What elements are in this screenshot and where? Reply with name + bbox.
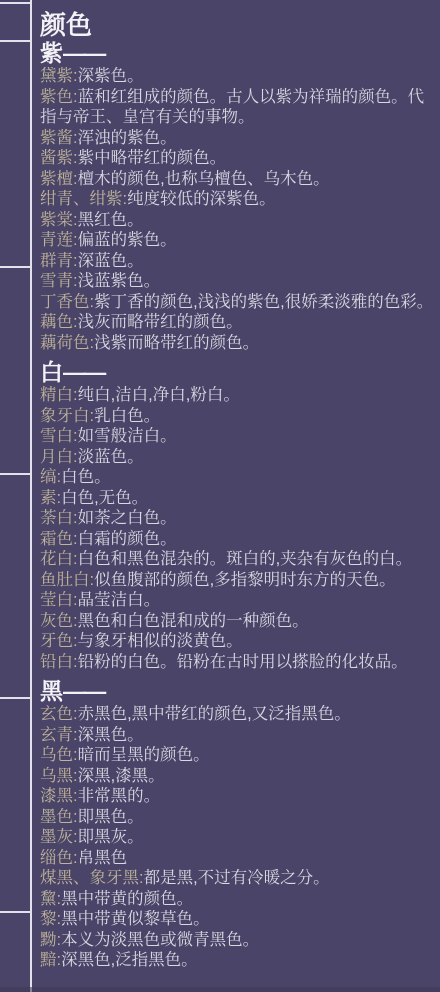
color-definition: 深黑,漆黑。	[78, 767, 165, 785]
color-definition: 黑色和白色混和成的一种颜色。	[78, 612, 309, 630]
color-entry: 鱼肚白:似鱼腹部的颜色,多指黎明时东方的天色。	[40, 570, 438, 591]
color-term: 霜色:	[40, 530, 78, 548]
color-entry: 酱紫:紫中略带红的颜色。	[40, 148, 438, 169]
color-term: 藕荷色:	[40, 334, 94, 352]
color-term: 乌色:	[40, 746, 78, 764]
color-entry: 月白:淡蓝色。	[40, 447, 438, 468]
color-term: 花白:	[40, 550, 78, 568]
color-term: 鱼肚白:	[40, 571, 94, 589]
color-entry: 紫棠:黑红色。	[40, 210, 438, 231]
color-entry: 藕色:浅灰而略带红的颜色。	[40, 312, 438, 333]
color-entry: 漆黑:非常黑的。	[40, 786, 438, 807]
color-term: 黎:	[40, 910, 61, 928]
color-entry: 花白:白色和黑色混杂的。斑白的,夹杂有灰色的白。	[40, 549, 438, 570]
color-entry: 牙色:与象牙相似的淡黄色。	[40, 631, 438, 652]
color-entry: 紫檀:檀木的颜色,也称乌檀色、乌木色。	[40, 169, 438, 190]
color-term: 紫檀:	[40, 170, 78, 188]
color-entry: 象牙白:乳白色。	[40, 406, 438, 427]
color-definition: 即黑灰。	[78, 828, 144, 846]
color-section: 白—— 精白:纯白,洁白,净白,粉白。 象牙白:乳白色。 雪白:如雪般洁白。 月…	[40, 359, 438, 672]
color-entry: 墨色:即黑色。	[40, 807, 438, 828]
color-term: 绀青、绀紫:	[40, 190, 127, 208]
color-entry: 霜色:白霜的颜色。	[40, 529, 438, 550]
color-definition: 纯度较低的深紫色。	[127, 190, 276, 208]
color-definition: 白霜的颜色。	[78, 530, 177, 548]
color-definition: 檀木的颜色,也称乌檀色、乌木色。	[78, 170, 330, 188]
color-entry: 黛紫:深紫色。	[40, 66, 438, 87]
color-definition: 晶莹洁白。	[78, 591, 161, 609]
color-term: 象牙白:	[40, 407, 94, 425]
color-term: 黝:	[40, 931, 61, 949]
color-definition: 偏蓝的紫色。	[78, 231, 177, 249]
color-glossary-page: 颜色 紫—— 黛紫:深紫色。 紫色:蓝和红组成的颜色。古人以紫为祥瑞的颜色。代指…	[0, 0, 440, 992]
page-title: 颜色	[40, 10, 438, 40]
color-definition: 暗而呈黑的颜色。	[78, 746, 210, 764]
color-entry: 莹白:晶莹洁白。	[40, 590, 438, 611]
color-entry: 黯:深黑色,泛指黑色。	[40, 950, 438, 971]
color-term: 缁色:	[40, 849, 78, 867]
sections-container: 紫—— 黛紫:深紫色。 紫色:蓝和红组成的颜色。古人以紫为祥瑞的颜色。代指与帝王…	[40, 40, 438, 971]
color-entry: 缁色:帛黑色	[40, 848, 438, 869]
color-entry: 黝:本义为淡黑色或微青黑色。	[40, 930, 438, 951]
color-entry: 黧:黑中带黄的颜色。	[40, 889, 438, 910]
color-entry: 乌色:暗而呈黑的颜色。	[40, 745, 438, 766]
color-section: 黑—— 玄色:赤黑色,黑中带红的颜色,又泛指黑色。 玄青:深黑色。 乌色:暗而呈…	[40, 678, 438, 971]
color-definition: 非常黑的。	[78, 787, 161, 805]
color-entry: 绀青、绀紫:纯度较低的深紫色。	[40, 189, 438, 210]
color-entry: 黎:黑中带黄似黎草色。	[40, 909, 438, 930]
color-entry: 精白:纯白,洁白,净白,粉白。	[40, 385, 438, 406]
color-term: 黛紫:	[40, 67, 78, 85]
color-definition: 深黑色。	[78, 726, 144, 744]
color-term: 雪白:	[40, 427, 78, 445]
color-definition: 蓝和红组成的颜色。古人以紫为祥瑞的颜色。代指与帝王、皇宫有关的事物。	[40, 88, 424, 127]
section-entries: 黛紫:深紫色。 紫色:蓝和红组成的颜色。古人以紫为祥瑞的颜色。代指与帝王、皇宫有…	[40, 66, 438, 353]
section-name: 黑	[40, 678, 63, 704]
color-term: 漆黑:	[40, 787, 78, 805]
color-definition: 深黑色,泛指黑色。	[61, 951, 198, 969]
color-entry: 玄色:赤黑色,黑中带红的颜色,又泛指黑色。	[40, 704, 438, 725]
color-term: 煤黑、象牙黑:	[40, 869, 144, 887]
color-definition: 与象牙相似的淡黄色。	[78, 632, 243, 650]
color-term: 紫色:	[40, 88, 78, 106]
color-term: 紫酱:	[40, 129, 78, 147]
color-entry: 群青:深蓝色。	[40, 251, 438, 272]
section-heading: 紫——	[40, 40, 438, 66]
color-definition: 深蓝色。	[78, 252, 144, 270]
color-definition: 即黑色。	[78, 808, 144, 826]
color-term: 酱紫:	[40, 149, 78, 167]
color-term: 牙色:	[40, 632, 78, 650]
color-term: 墨灰:	[40, 828, 78, 846]
color-definition: 黑中带黄的颜色。	[61, 890, 193, 908]
color-term: 玄青:	[40, 726, 78, 744]
section-name: 紫	[40, 40, 63, 66]
color-definition: 紫中略带红的颜色。	[78, 149, 227, 167]
color-entry: 灰色:黑色和白色混和成的一种颜色。	[40, 611, 438, 632]
color-term: 铅白:	[40, 653, 78, 671]
color-entry: 乌黑:深黑,漆黑。	[40, 766, 438, 787]
color-entry: 青莲:偏蓝的紫色。	[40, 230, 438, 251]
color-entry: 铅白:铅粉的白色。铅粉在古时用以搽脸的化妆品。	[40, 652, 438, 673]
color-definition: 如雪般洁白。	[78, 427, 177, 445]
color-term: 雪青:	[40, 272, 78, 290]
color-definition: 白色。	[61, 468, 111, 486]
color-definition: 深紫色。	[78, 67, 144, 85]
color-definition: 都是黑,不过有冷暖之分。	[144, 869, 330, 887]
color-term: 黧:	[40, 890, 61, 908]
section-dash: ——	[63, 359, 103, 385]
color-term: 群青:	[40, 252, 78, 270]
section-dash: ——	[63, 40, 103, 66]
color-term: 精白:	[40, 386, 78, 404]
color-definition: 浑浊的紫色。	[78, 129, 177, 147]
color-entry: 荼白:如荼之白色。	[40, 508, 438, 529]
color-definition: 乳白色。	[94, 407, 160, 425]
color-definition: 淡蓝色。	[78, 448, 144, 466]
color-definition: 浅蓝紫色。	[78, 272, 161, 290]
color-entry: 素:白色,无色。	[40, 488, 438, 509]
color-entry: 墨灰:即黑灰。	[40, 827, 438, 848]
glossary-content: 颜色 紫—— 黛紫:深紫色。 紫色:蓝和红组成的颜色。古人以紫为祥瑞的颜色。代指…	[0, 0, 440, 971]
color-term: 紫棠:	[40, 211, 78, 229]
color-entry: 紫酱:浑浊的紫色。	[40, 128, 438, 149]
section-dash: ——	[63, 678, 103, 704]
color-definition: 如荼之白色。	[78, 509, 177, 527]
color-definition: 白色,无色。	[61, 489, 148, 507]
color-entry: 丁香色:紫丁香的颜色,浅浅的紫色,很娇柔淡雅的色彩。	[40, 292, 438, 313]
color-definition: 浅灰而略带红的颜色。	[78, 313, 243, 331]
color-term: 灰色:	[40, 612, 78, 630]
color-term: 素:	[40, 489, 61, 507]
color-definition: 似鱼腹部的颜色,多指黎明时东方的天色。	[94, 571, 396, 589]
color-definition: 纯白,洁白,净白,粉白。	[78, 386, 240, 404]
color-entry: 缟:白色。	[40, 467, 438, 488]
color-definition: 黑中带黄似黎草色。	[61, 910, 210, 928]
section-heading: 白——	[40, 359, 438, 385]
color-term: 黯:	[40, 951, 61, 969]
color-definition: 铅粉的白色。铅粉在古时用以搽脸的化妆品。	[78, 653, 408, 671]
color-term: 墨色:	[40, 808, 78, 826]
color-term: 玄色:	[40, 705, 78, 723]
section-entries: 精白:纯白,洁白,净白,粉白。 象牙白:乳白色。 雪白:如雪般洁白。 月白:淡蓝…	[40, 385, 438, 672]
color-term: 月白:	[40, 448, 78, 466]
color-section: 紫—— 黛紫:深紫色。 紫色:蓝和红组成的颜色。古人以紫为祥瑞的颜色。代指与帝王…	[40, 40, 438, 353]
color-entry: 煤黑、象牙黑:都是黑,不过有冷暖之分。	[40, 868, 438, 889]
section-heading: 黑——	[40, 678, 438, 704]
color-definition: 浅紫而略带红的颜色。	[94, 334, 259, 352]
color-entry: 藕荷色:浅紫而略带红的颜色。	[40, 333, 438, 354]
color-term: 荼白:	[40, 509, 78, 527]
bottom-edge-shadow	[0, 987, 440, 992]
color-definition: 黑红色。	[78, 211, 144, 229]
color-definition: 赤黑色,黑中带红的颜色,又泛指黑色。	[78, 705, 351, 723]
section-entries: 玄色:赤黑色,黑中带红的颜色,又泛指黑色。 玄青:深黑色。 乌色:暗而呈黑的颜色…	[40, 704, 438, 971]
color-definition: 紫丁香的颜色,浅浅的紫色,很娇柔淡雅的色彩。	[94, 293, 433, 311]
color-term: 乌黑:	[40, 767, 78, 785]
color-entry: 雪青:浅蓝紫色。	[40, 271, 438, 292]
color-entry: 紫色:蓝和红组成的颜色。古人以紫为祥瑞的颜色。代指与帝王、皇宫有关的事物。	[40, 87, 438, 128]
color-term: 青莲:	[40, 231, 78, 249]
color-term: 莹白:	[40, 591, 78, 609]
color-term: 缟:	[40, 468, 61, 486]
color-entry: 玄青:深黑色。	[40, 725, 438, 746]
color-definition: 白色和黑色混杂的。斑白的,夹杂有灰色的白。	[78, 550, 413, 568]
color-term: 丁香色:	[40, 293, 94, 311]
color-definition: 帛黑色	[78, 849, 128, 867]
section-name: 白	[40, 359, 63, 385]
color-entry: 雪白:如雪般洁白。	[40, 426, 438, 447]
color-definition: 本义为淡黑色或微青黑色。	[61, 931, 259, 949]
color-term: 藕色:	[40, 313, 78, 331]
